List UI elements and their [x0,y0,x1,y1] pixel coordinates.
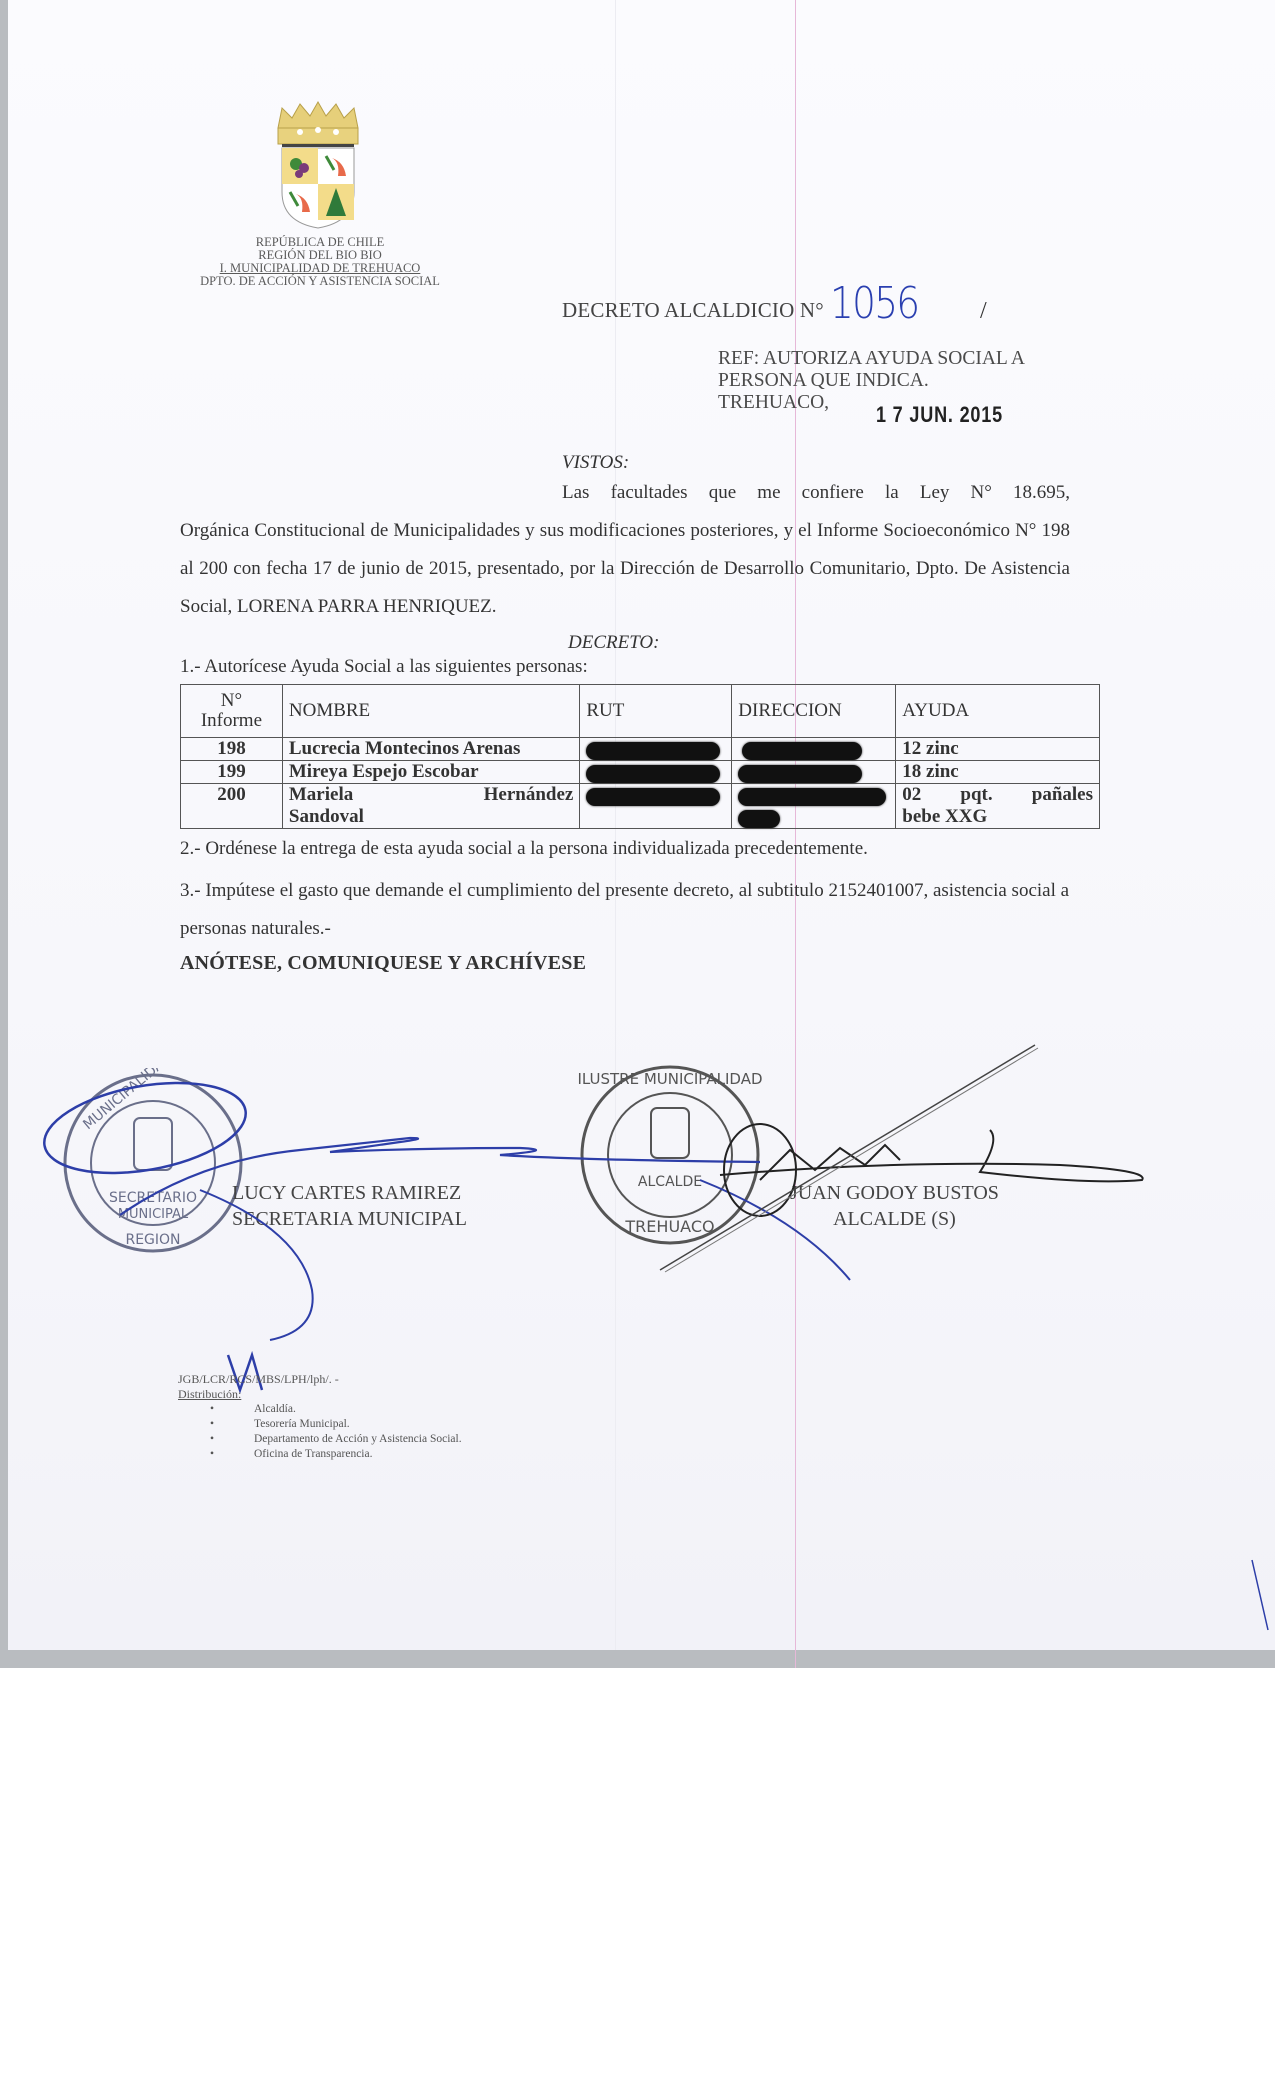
distribution-item: Tesorería Municipal. [210,1417,462,1432]
typist-initials: JGB/LCR/RCS/MBS/LPH/lph/. - [178,1372,339,1387]
handwritten-signatures-icon [0,0,1275,2100]
distribution-item: Departamento de Acción y Asistencia Soci… [210,1432,462,1447]
distribution-item: Alcaldía. [210,1402,462,1417]
distribution-heading: Distribución: [178,1387,241,1402]
distribution-list: Alcaldía. Tesorería Municipal. Departame… [210,1402,462,1462]
distribution-item: Oficina de Transparencia. [210,1447,462,1462]
